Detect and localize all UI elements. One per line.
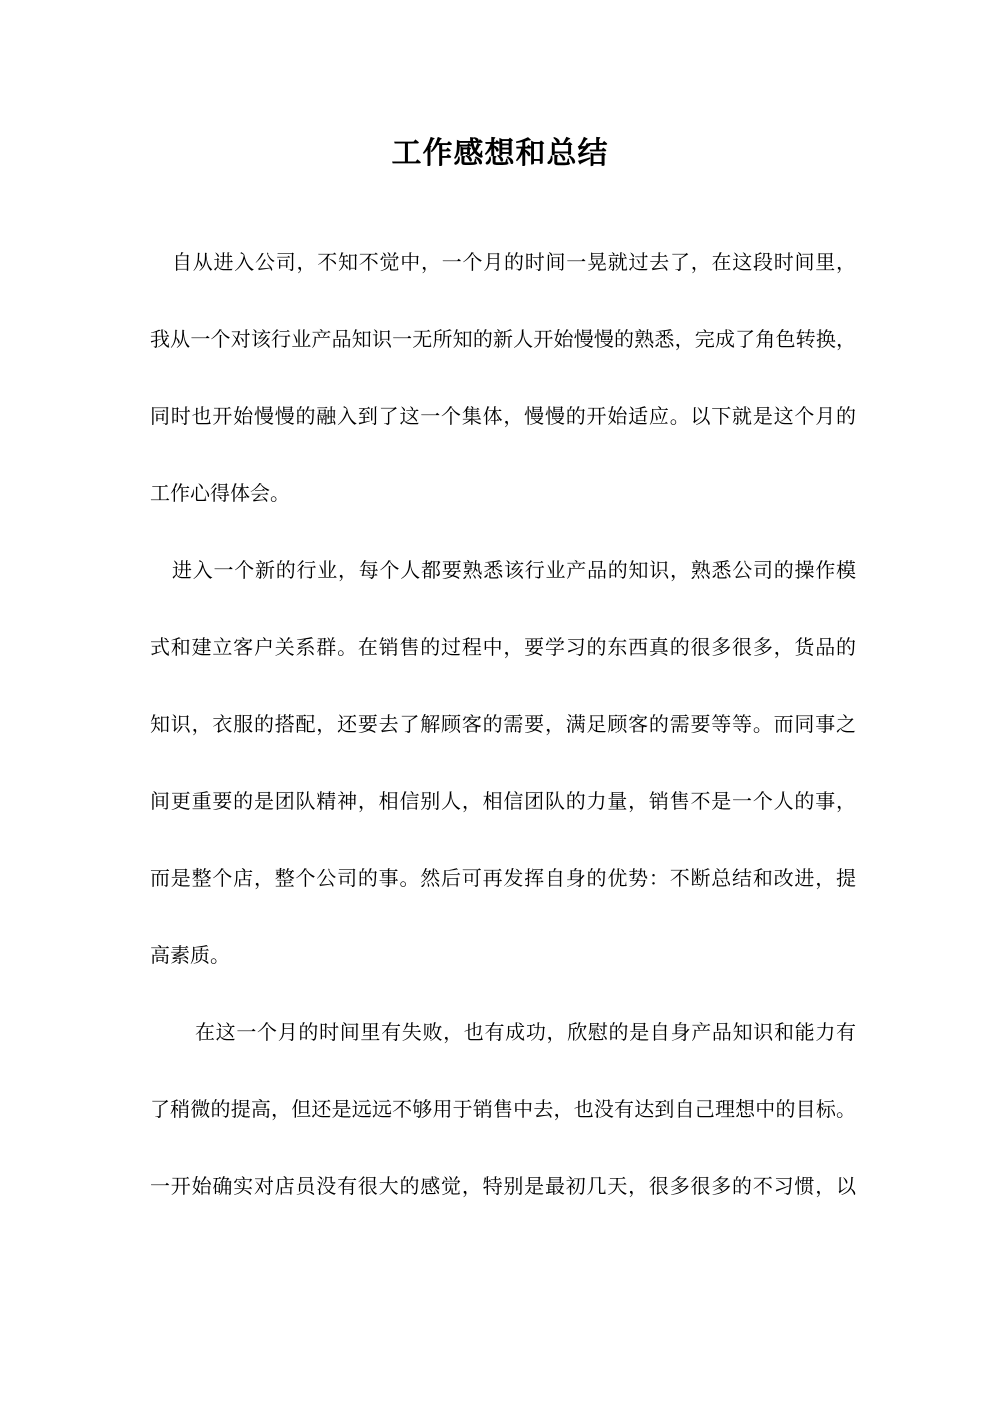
document-body: 自从进入公司，不知不觉中，一个月的时间一晃就过去了，在这段时间里， 我从一个对该…	[150, 225, 856, 1226]
text-line: 了稍微的提高，但还是远远不够用于销售中去，也没有达到自己理想中的目标。	[150, 1072, 856, 1149]
text-line: 而是整个店，整个公司的事。然后可再发挥自身的优势：不断总结和改进，提	[150, 841, 856, 918]
text-line: 自从进入公司，不知不觉中，一个月的时间一晃就过去了，在这段时间里，	[150, 225, 856, 302]
text-line: 高素质。	[150, 918, 856, 995]
text-line: 在这一个月的时间里有失败，也有成功，欣慰的是自身产品知识和能力有	[150, 995, 856, 1072]
document-title: 工作感想和总结	[0, 136, 1000, 172]
text-line: 知识，衣服的搭配，还要去了解顾客的需要，满足顾客的需要等等。而同事之	[150, 687, 856, 764]
text-line: 一开始确实对店员没有很大的感觉，特别是最初几天，很多很多的不习惯，以	[150, 1149, 856, 1226]
text-line: 进入一个新的行业，每个人都要熟悉该行业产品的知识，熟悉公司的操作模	[150, 533, 856, 610]
text-line: 工作心得体会。	[150, 456, 856, 533]
document-page: 工作感想和总结 自从进入公司，不知不觉中，一个月的时间一晃就过去了，在这段时间里…	[0, 0, 1000, 1415]
text-line: 我从一个对该行业产品知识一无所知的新人开始慢慢的熟悉，完成了角色转换，	[150, 302, 856, 379]
text-line: 式和建立客户关系群。在销售的过程中，要学习的东西真的很多很多，货品的	[150, 610, 856, 687]
text-line: 间更重要的是团队精神，相信别人，相信团队的力量，销售不是一个人的事，	[150, 764, 856, 841]
text-line: 同时也开始慢慢的融入到了这一个集体，慢慢的开始适应。以下就是这个月的	[150, 379, 856, 456]
